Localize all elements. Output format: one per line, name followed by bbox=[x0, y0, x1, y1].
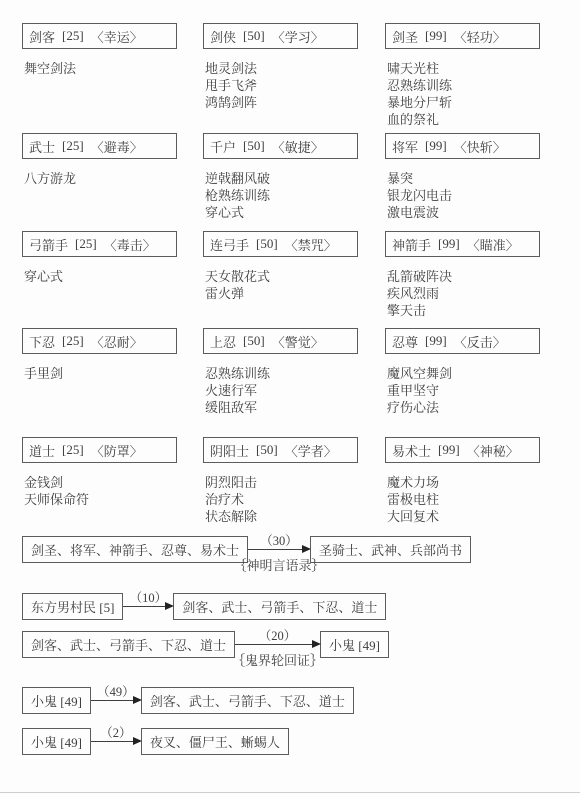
class-header-box: 剑圣 [99] 〈轻功〉 bbox=[385, 23, 540, 49]
class-level: [50] bbox=[256, 236, 278, 252]
class-header-box: 武士 [25] 〈避毒〉 bbox=[22, 133, 177, 159]
flow-count-label: （20） bbox=[259, 626, 297, 644]
skill-line: 大回复术 bbox=[387, 508, 540, 525]
skill-line: 魔术力场 bbox=[387, 474, 540, 491]
skill-line: 雷极电柱 bbox=[387, 491, 540, 508]
skill-line: 金钱剑 bbox=[24, 474, 177, 491]
class-name: 千户 bbox=[210, 137, 236, 156]
skill-list: 阴烈阳击 治疗术 状态解除 bbox=[203, 474, 358, 525]
class-card: 易术士 [99] 〈神秘〉 魔术力场 雷极电柱 大回复术 bbox=[385, 437, 540, 525]
flow-arrow: （2） bbox=[91, 728, 141, 755]
class-name: 道士 bbox=[29, 441, 55, 460]
skill-line: 忍熟练训练 bbox=[205, 365, 358, 382]
class-name: 忍尊 bbox=[392, 332, 418, 351]
flow-from-box: 东方男村民 [5] bbox=[22, 593, 123, 620]
class-card: 剑侠 [50] 〈学习〉 地灵剑法 甩手飞斧 鸿鹄剑阵 bbox=[203, 23, 358, 111]
skill-line: 魔风空舞剑 bbox=[387, 365, 540, 382]
skill-line: 擎天击 bbox=[387, 302, 540, 319]
class-card: 上忍 [50] 〈警觉〉 忍熟练训练 火速行军 缓阻敌军 bbox=[203, 328, 358, 416]
flow-to-box: 夜叉、僵尸王、蜥蜴人 bbox=[141, 728, 289, 755]
class-name: 易术士 bbox=[392, 441, 431, 460]
skill-line: 疗伤心法 bbox=[387, 399, 540, 416]
class-header-box: 忍尊 [99] 〈反击〉 bbox=[385, 328, 540, 354]
class-trait: 〈反击〉 bbox=[454, 332, 506, 351]
skill-line: 逆戟翻风破 bbox=[205, 170, 358, 187]
skill-line: 雷火弹 bbox=[205, 285, 358, 302]
skill-list: 忍熟练训练 火速行军 缓阻敌军 bbox=[203, 365, 358, 416]
class-card: 神箭手 [99] 〈瞄准〉 乱箭破阵决 疾风烈雨 擎天击 bbox=[385, 231, 540, 319]
flow-count-label: （49） bbox=[97, 682, 135, 700]
skill-list: 暴突 银龙闪电击 激电震波 bbox=[385, 170, 540, 221]
class-card: 下忍 [25] 〈忍耐〉 手里剑 bbox=[22, 328, 177, 382]
flow-arrow: （49） bbox=[91, 687, 141, 714]
skill-list: 天女散花式 雷火弹 bbox=[203, 268, 358, 302]
skill-line: 火速行军 bbox=[205, 382, 358, 399]
class-name: 阴阳士 bbox=[210, 441, 249, 460]
class-header-box: 连弓手 [50] 〈禁咒〉 bbox=[203, 231, 358, 257]
class-name: 上忍 bbox=[210, 332, 236, 351]
class-header-box: 剑侠 [50] 〈学习〉 bbox=[203, 23, 358, 49]
skill-line: 天女散花式 bbox=[205, 268, 358, 285]
arrow-line bbox=[248, 549, 309, 550]
skill-line: 暴地分尸斩 bbox=[387, 94, 540, 111]
flow-to-box: 小鬼 [49] bbox=[320, 631, 389, 658]
skill-line: 甩手飞斧 bbox=[205, 77, 358, 94]
class-level: [50] bbox=[243, 333, 265, 349]
flow-row: 东方男村民 [5] （10） 剑客、武士、弓箭手、下忍、道士 bbox=[22, 593, 386, 620]
class-header-box: 将军 [99] 〈快斩〉 bbox=[385, 133, 540, 159]
class-card: 弓箭手 [25] 〈毒击〉 穿心式 bbox=[22, 231, 177, 285]
class-name: 剑客 bbox=[29, 27, 55, 46]
class-card: 忍尊 [99] 〈反击〉 魔风空舞剑 重甲坚守 疗伤心法 bbox=[385, 328, 540, 416]
class-name: 连弓手 bbox=[210, 235, 249, 254]
class-trait: 〈防罩〉 bbox=[91, 441, 143, 460]
flow-row: 小鬼 [49] （2） 夜叉、僵尸王、蜥蜴人 bbox=[22, 728, 289, 755]
class-header-box: 剑客 [25] 〈幸运〉 bbox=[22, 23, 177, 49]
class-trait: 〈快斩〉 bbox=[454, 137, 506, 156]
flow-to-box: 剑客、武士、弓箭手、下忍、道士 bbox=[141, 687, 354, 714]
flow-to-box: 圣骑士、武神、兵部尚书 bbox=[310, 536, 471, 563]
flow-arrow: （20） ｛鬼界轮回证｝ bbox=[235, 631, 320, 658]
flow-from-box: 小鬼 [49] bbox=[22, 728, 91, 755]
class-level: [25] bbox=[62, 333, 84, 349]
flow-count-label: （2） bbox=[100, 723, 131, 741]
flow-count-label: （10） bbox=[130, 588, 168, 606]
skill-list: 地灵剑法 甩手飞斧 鸿鹄剑阵 bbox=[203, 60, 358, 111]
class-level: [25] bbox=[75, 236, 97, 252]
class-name: 将军 bbox=[392, 137, 418, 156]
flow-arrow: （10） bbox=[123, 593, 173, 620]
class-card: 阴阳士 [50] 〈学者〉 阴烈阳击 治疗术 状态解除 bbox=[203, 437, 358, 525]
flow-from-box: 小鬼 [49] bbox=[22, 687, 91, 714]
class-card: 将军 [99] 〈快斩〉 暴突 银龙闪电击 激电震波 bbox=[385, 133, 540, 221]
class-trait: 〈神秘〉 bbox=[467, 441, 519, 460]
flow-to-box: 剑客、武士、弓箭手、下忍、道士 bbox=[173, 593, 386, 620]
skill-line: 穿心式 bbox=[24, 268, 177, 285]
class-card: 剑圣 [99] 〈轻功〉 啸天光柱 忍熟练训练 暴地分尸斩 血的祭礼 bbox=[385, 23, 540, 128]
flow-arrow: （30） ｛神明言语录｝ bbox=[248, 536, 310, 563]
class-level: [99] bbox=[438, 236, 460, 252]
class-trait: 〈毒击〉 bbox=[104, 235, 156, 254]
skill-line: 八方游龙 bbox=[24, 170, 177, 187]
class-trait: 〈瞄准〉 bbox=[467, 235, 519, 254]
class-name: 弓箭手 bbox=[29, 235, 68, 254]
skill-list: 手里剑 bbox=[22, 365, 177, 382]
skill-list: 八方游龙 bbox=[22, 170, 177, 187]
arrowhead-icon bbox=[312, 640, 321, 648]
class-card: 剑客 [25] 〈幸运〉 舞空剑法 bbox=[22, 23, 177, 77]
skill-list: 啸天光柱 忍熟练训练 暴地分尸斩 血的祭礼 bbox=[385, 60, 540, 128]
flow-from-box: 剑圣、将军、神箭手、忍尊、易术士 bbox=[22, 536, 248, 563]
class-trait: 〈禁咒〉 bbox=[285, 235, 337, 254]
skill-list: 乱箭破阵决 疾风烈雨 擎天击 bbox=[385, 268, 540, 319]
skill-line: 暴突 bbox=[387, 170, 540, 187]
class-header-box: 上忍 [50] 〈警觉〉 bbox=[203, 328, 358, 354]
class-trait: 〈敏捷〉 bbox=[272, 137, 324, 156]
skill-line: 手里剑 bbox=[24, 365, 177, 382]
skill-line: 鸿鹄剑阵 bbox=[205, 94, 358, 111]
class-level: [99] bbox=[438, 442, 460, 458]
class-trait: 〈学习〉 bbox=[272, 27, 324, 46]
arrowhead-icon bbox=[133, 737, 142, 745]
skill-line: 天师保命符 bbox=[24, 491, 177, 508]
skill-line: 舞空剑法 bbox=[24, 60, 177, 77]
class-level: [99] bbox=[425, 28, 447, 44]
skill-list: 舞空剑法 bbox=[22, 60, 177, 77]
class-name: 剑圣 bbox=[392, 27, 418, 46]
class-level: [99] bbox=[425, 138, 447, 154]
flow-row: 剑圣、将军、神箭手、忍尊、易术士 （30） ｛神明言语录｝ 圣骑士、武神、兵部尚… bbox=[22, 536, 471, 563]
skill-line: 缓阻敌军 bbox=[205, 399, 358, 416]
class-level: [25] bbox=[62, 442, 84, 458]
class-card: 武士 [25] 〈避毒〉 八方游龙 bbox=[22, 133, 177, 187]
class-card: 千户 [50] 〈敏捷〉 逆戟翻风破 枪熟练训练 穿心式 bbox=[203, 133, 358, 221]
skill-list: 穿心式 bbox=[22, 268, 177, 285]
class-header-box: 弓箭手 [25] 〈毒击〉 bbox=[22, 231, 177, 257]
skill-line: 啸天光柱 bbox=[387, 60, 540, 77]
skill-list: 逆戟翻风破 枪熟练训练 穿心式 bbox=[203, 170, 358, 221]
arrowhead-icon bbox=[302, 545, 311, 553]
class-trait: 〈学者〉 bbox=[285, 441, 337, 460]
class-name: 神箭手 bbox=[392, 235, 431, 254]
flow-from-box: 剑客、武士、弓箭手、下忍、道士 bbox=[22, 631, 235, 658]
class-level: [25] bbox=[62, 138, 84, 154]
class-header-box: 神箭手 [99] 〈瞄准〉 bbox=[385, 231, 540, 257]
skill-line: 治疗术 bbox=[205, 491, 358, 508]
skill-list: 魔风空舞剑 重甲坚守 疗伤心法 bbox=[385, 365, 540, 416]
class-card: 道士 [25] 〈防罩〉 金钱剑 天师保命符 bbox=[22, 437, 177, 508]
class-trait: 〈忍耐〉 bbox=[91, 332, 143, 351]
skill-line: 乱箭破阵决 bbox=[387, 268, 540, 285]
skill-line: 银龙闪电击 bbox=[387, 187, 540, 204]
flow-count-label: （30） bbox=[260, 531, 298, 549]
skill-line: 重甲坚守 bbox=[387, 382, 540, 399]
class-trait: 〈警觉〉 bbox=[272, 332, 324, 351]
arrow-line bbox=[235, 644, 319, 645]
skill-line: 地灵剑法 bbox=[205, 60, 358, 77]
skill-list: 金钱剑 天师保命符 bbox=[22, 474, 177, 508]
page-bottom-divider bbox=[0, 792, 580, 793]
skill-list: 魔术力场 雷极电柱 大回复术 bbox=[385, 474, 540, 525]
class-level: [50] bbox=[243, 28, 265, 44]
class-header-box: 易术士 [99] 〈神秘〉 bbox=[385, 437, 540, 463]
class-level: [99] bbox=[425, 333, 447, 349]
class-level: [25] bbox=[62, 28, 84, 44]
class-name: 下忍 bbox=[29, 332, 55, 351]
skill-line: 激电震波 bbox=[387, 204, 540, 221]
class-name: 剑侠 bbox=[210, 27, 236, 46]
flow-row: 剑客、武士、弓箭手、下忍、道士 （20） ｛鬼界轮回证｝ 小鬼 [49] bbox=[22, 631, 389, 658]
flow-item-label: ｛神明言语录｝ bbox=[234, 555, 325, 574]
class-trait: 〈避毒〉 bbox=[91, 137, 143, 156]
class-header-box: 阴阳士 [50] 〈学者〉 bbox=[203, 437, 358, 463]
skill-line: 穿心式 bbox=[205, 204, 358, 221]
skill-line: 疾风烈雨 bbox=[387, 285, 540, 302]
class-card: 连弓手 [50] 〈禁咒〉 天女散花式 雷火弹 bbox=[203, 231, 358, 302]
flow-item-label: ｛鬼界轮回证｝ bbox=[232, 650, 323, 669]
class-trait: 〈轻功〉 bbox=[454, 27, 506, 46]
class-level: [50] bbox=[243, 138, 265, 154]
class-level: [50] bbox=[256, 442, 278, 458]
class-header-box: 下忍 [25] 〈忍耐〉 bbox=[22, 328, 177, 354]
skill-line: 忍熟练训练 bbox=[387, 77, 540, 94]
class-header-box: 千户 [50] 〈敏捷〉 bbox=[203, 133, 358, 159]
class-name: 武士 bbox=[29, 137, 55, 156]
skill-line: 枪熟练训练 bbox=[205, 187, 358, 204]
class-trait: 〈幸运〉 bbox=[91, 27, 143, 46]
skill-line: 阴烈阳击 bbox=[205, 474, 358, 491]
class-header-box: 道士 [25] 〈防罩〉 bbox=[22, 437, 177, 463]
skill-line: 血的祭礼 bbox=[387, 111, 540, 128]
flow-row: 小鬼 [49] （49） 剑客、武士、弓箭手、下忍、道士 bbox=[22, 687, 354, 714]
skill-line: 状态解除 bbox=[205, 508, 358, 525]
